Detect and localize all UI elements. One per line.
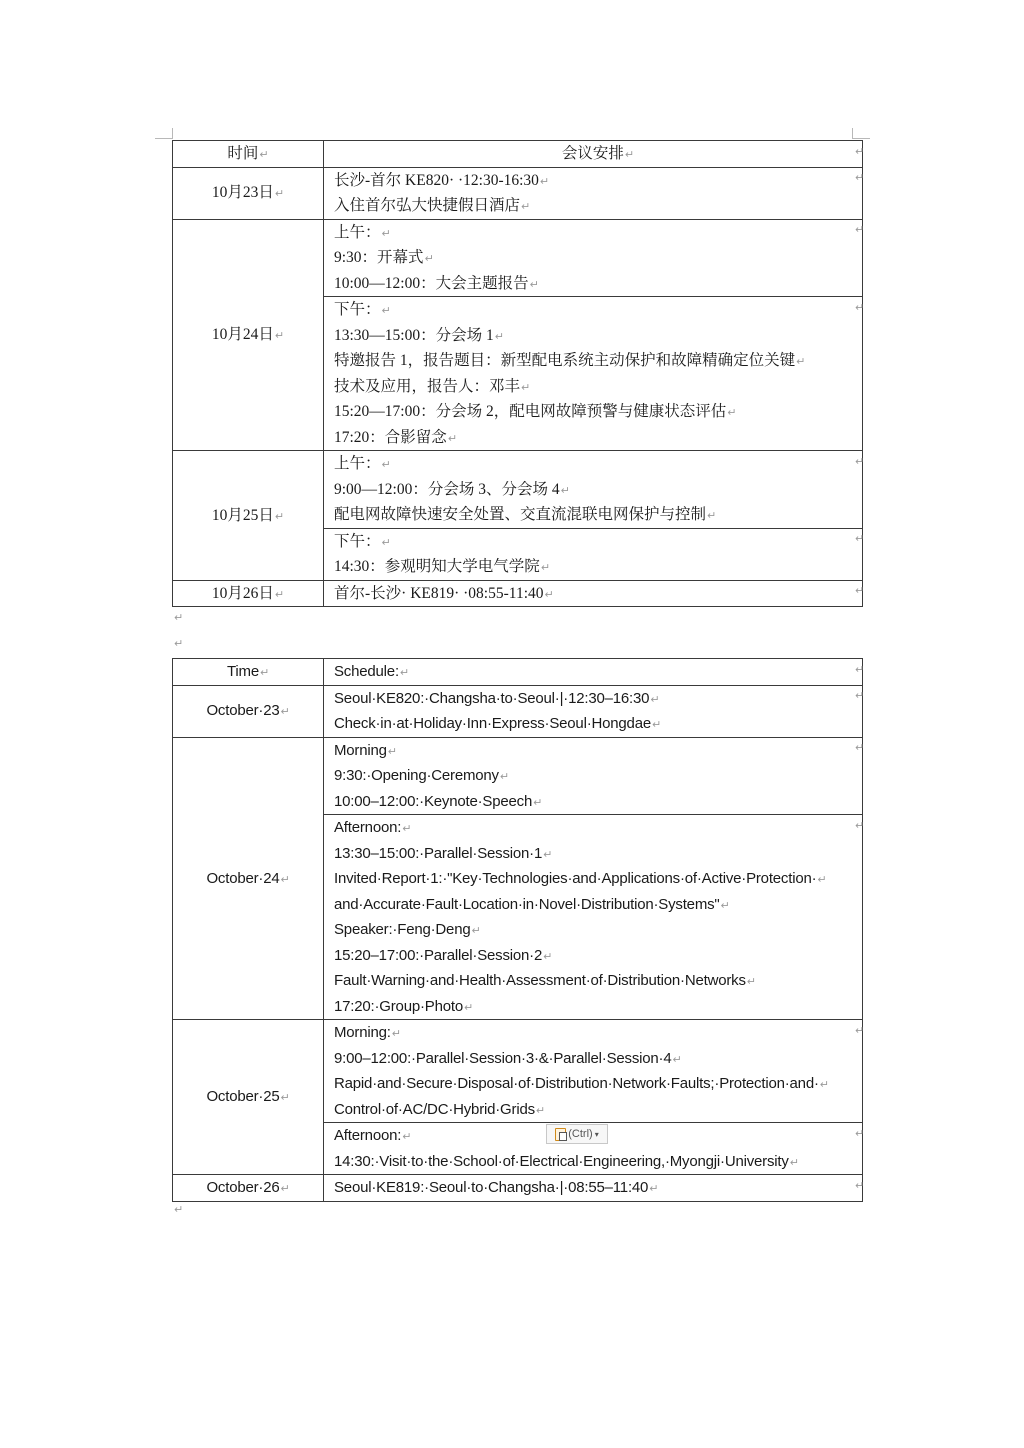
schedule-line: 10月23日↵ (173, 180, 323, 206)
paragraph-mark: ↵ (402, 1130, 411, 1143)
schedule-cell[interactable]: 下午：↵14:30：参观明知大学电气学院↵ (324, 528, 863, 580)
schedule-line-text: 下午： (334, 301, 381, 318)
schedule-line-text: October·26 (206, 1179, 279, 1196)
date-cell: 10月23日↵ (173, 167, 324, 219)
schedule-line-text: 技术及应用，报告人：邓丰 (334, 378, 520, 395)
schedule-line-text: October·23 (206, 702, 279, 719)
paragraph-mark: ↵ (425, 252, 434, 265)
schedule-line-text: 9:00–12:00:·Parallel·Session·3·&·Paralle… (334, 1050, 671, 1067)
paragraph-mark: ↵ (727, 406, 736, 419)
paragraph-mark: ↵ (521, 381, 530, 394)
schedule-line-text: Control·of·AC/DC·Hybrid·Grids (334, 1101, 535, 1118)
table-header-row: Time↵Schedule:↵ (173, 659, 863, 686)
paragraph-mark: ↵ (540, 175, 549, 188)
paragraph-mark: ↵ (281, 705, 290, 718)
schedule-line-text: 入住首尔弘大快捷假日酒店 (334, 197, 520, 214)
page-corner-mark-left (155, 138, 173, 139)
schedule-cell[interactable]: 下午：↵13:30—15:00：分会场 1↵特邀报告 1，报告题目：新型配电系统… (324, 297, 863, 451)
schedule-line: Morning:↵ (334, 1020, 862, 1046)
paragraph-mark: ↵ (275, 329, 284, 342)
schedule-line-text: 9:30：开幕式 (334, 249, 424, 266)
paragraph-mark: ↵ (649, 1182, 658, 1195)
paragraph-mark: ↵ (790, 1156, 799, 1169)
paragraph-mark: ↵ (259, 148, 268, 161)
paragraph-mark: ↵ (650, 693, 659, 706)
schedule-cell[interactable]: Morning↵9:30:·Opening·Ceremony↵10:00–12:… (324, 737, 863, 815)
schedule-line-text: 15:20–17:00:·Parallel·Session·2 (334, 947, 542, 964)
schedule-line-text: Afternoon: (334, 819, 401, 836)
paragraph-mark: ↵ (471, 924, 480, 937)
paragraph-mark: ↵ (388, 745, 397, 758)
schedule-line-text: October·25 (206, 1088, 279, 1105)
schedule-line: 9:30:·Opening·Ceremony↵ (334, 763, 862, 789)
empty-paragraph-mark: ↵ (174, 637, 183, 650)
schedule-line: 15:20–17:00:·Parallel·Session·2↵ (334, 943, 862, 969)
schedule-line-text: 10月26日 (212, 585, 274, 602)
paragraph-mark: ↵ (402, 822, 411, 835)
schedule-line-text: Speaker:·Feng·Deng (334, 921, 470, 938)
paragraph-mark: ↵ (543, 950, 552, 963)
page-corner-mark-right-v (852, 128, 853, 139)
row-end-mark: ↵ (855, 223, 864, 236)
paragraph-mark: ↵ (281, 873, 290, 886)
paragraph-mark: ↵ (464, 1001, 473, 1014)
schedule-line: 下午：↵ (334, 297, 862, 323)
row-end-mark: ↵ (855, 584, 864, 597)
schedule-line: 技术及应用，报告人：邓丰↵ (334, 374, 862, 400)
schedule-line-text: Seoul·KE820:·Changsha·to·Seoul·|·12:30–1… (334, 690, 649, 707)
empty-paragraph-mark: ↵ (174, 611, 183, 624)
date-cell: October·26↵ (173, 1175, 324, 1202)
paragraph-mark: ↵ (400, 666, 409, 679)
schedule-line: 13:30—15:00：分会场 1↵ (334, 323, 862, 349)
schedule-line: 13:30–15:00:·Parallel·Session·1↵ (334, 841, 862, 867)
schedule-cell[interactable]: 长沙-首尔 KE820· ·12:30-16:30↵入住首尔弘大快捷假日酒店↵ (324, 167, 863, 219)
paragraph-mark: ↵ (275, 588, 284, 601)
paragraph-mark: ↵ (530, 278, 539, 291)
schedule-line: and·Accurate·Fault·Location·in·Novel·Dis… (334, 892, 862, 918)
paragraph-mark: ↵ (275, 187, 284, 200)
schedule-line: October·26↵ (173, 1175, 323, 1201)
schedule-line-text: 10月24日 (212, 326, 274, 343)
schedule-line: Seoul·KE819:·Seoul·to·Changsha·|·08:55–1… (334, 1175, 862, 1201)
schedule-line: Control·of·AC/DC·Hybrid·Grids↵ (334, 1097, 862, 1123)
schedule-line-text: 上午： (334, 455, 381, 472)
paragraph-mark: ↵ (382, 304, 391, 317)
schedule-table-chinese: 时间↵会议安排↵10月23日↵长沙-首尔 KE820· ·12:30-16:30… (172, 140, 863, 607)
paragraph-mark: ↵ (707, 509, 716, 522)
paragraph-mark: ↵ (382, 227, 391, 240)
paragraph-mark: ↵ (448, 432, 457, 445)
paragraph-mark: ↵ (796, 355, 805, 368)
schedule-line-text: Afternoon: (334, 1127, 401, 1144)
schedule-cell[interactable]: 上午：↵9:00—12:00：分会场 3、分会场 4↵配电网故障快速安全处置、交… (324, 451, 863, 529)
row-end-mark: ↵ (855, 819, 864, 832)
row-end-mark: ↵ (855, 301, 864, 314)
table-header-row: 时间↵会议安排↵ (173, 141, 863, 168)
schedule-line-text: Morning (334, 742, 387, 759)
schedule-line-text: 10:00–12:00:·Keynote·Speech (334, 793, 532, 810)
schedule-line: 9:30：开幕式↵ (334, 245, 862, 271)
schedule-line-text: 时间 (227, 145, 258, 162)
schedule-line: 10:00–12:00:·Keynote·Speech↵ (334, 789, 862, 815)
schedule-line: 10月25日↵ (173, 503, 323, 529)
date-cell: October·23↵ (173, 685, 324, 737)
schedule-line-text: Seoul·KE819:·Seoul·to·Changsha·|·08:55–1… (334, 1179, 648, 1196)
paragraph-mark: ↵ (382, 536, 391, 549)
row-end-mark: ↵ (855, 689, 864, 702)
date-cell: 10月25日↵ (173, 451, 324, 581)
schedule-line-text: 17:20：合影留念 (334, 429, 447, 446)
schedule-cell[interactable]: 上午：↵9:30：开幕式↵10:00—12:00：大会主题报告↵ (324, 219, 863, 297)
schedule-line: October·25↵ (173, 1084, 323, 1110)
empty-paragraph-mark: ↵ (174, 1203, 183, 1216)
schedule-line: 入住首尔弘大快捷假日酒店↵ (334, 193, 862, 219)
schedule-line: October·23↵ (173, 698, 323, 724)
table-row: 10月25日↵上午：↵9:00—12:00：分会场 3、分会场 4↵配电网故障快… (173, 451, 863, 529)
schedule-line-text: 14:30:·Visit·to·the·School·of·Electrical… (334, 1153, 789, 1170)
schedule-line: Morning↵ (334, 738, 862, 764)
paste-options-button[interactable]: (Ctrl) ▾ (546, 1124, 608, 1144)
row-end-mark: ↵ (855, 171, 864, 184)
schedule-line: 14:30:·Visit·to·the·School·of·Electrical… (334, 1149, 862, 1175)
schedule-line: Schedule:↵ (334, 659, 862, 685)
schedule-line-text: 17:20:·Group·Photo (334, 998, 463, 1015)
schedule-line-text: Invited·Report·1:·"Key·Technologies·and·… (334, 870, 816, 887)
schedule-line-text: 9:00—12:00：分会场 3、分会场 4 (334, 481, 560, 498)
schedule-cell[interactable]: Afternoon:↵13:30–15:00:·Parallel·Session… (324, 815, 863, 1020)
schedule-line: Afternoon:↵ (334, 815, 862, 841)
paragraph-mark: ↵ (721, 899, 730, 912)
schedule-line-text: 会议安排 (562, 145, 624, 162)
schedule-line: 时间↵ (173, 141, 323, 167)
schedule-line: 10月24日↵ (173, 322, 323, 348)
paragraph-mark: ↵ (817, 873, 826, 886)
schedule-line-text: 长沙-首尔 KE820· ·12:30-16:30 (334, 172, 539, 189)
schedule-line-text: 13:30—15:00：分会场 1 (334, 327, 494, 344)
header-time-cell: 时间↵ (173, 141, 324, 168)
schedule-line: Time↵ (173, 659, 323, 685)
schedule-line-text: 13:30–15:00:·Parallel·Session·1 (334, 845, 542, 862)
schedule-line: 特邀报告 1，报告题目：新型配电系统主动保护和故障精确定位关键↵ (334, 348, 862, 374)
schedule-line: 9:00—12:00：分会场 3、分会场 4↵ (334, 477, 862, 503)
schedule-line-text: 14:30：参观明知大学电气学院 (334, 558, 540, 575)
schedule-line: 上午：↵ (334, 451, 862, 477)
schedule-line: Seoul·KE820:·Changsha·to·Seoul·|·12:30–1… (334, 686, 862, 712)
schedule-line-text: 10月25日 (212, 507, 274, 524)
table-row: October·24↵Morning↵9:30:·Opening·Ceremon… (173, 737, 863, 815)
paragraph-mark: ↵ (541, 561, 550, 574)
page-corner-mark-left-v (172, 128, 173, 139)
schedule-line-text: 特邀报告 1，报告题目：新型配电系统主动保护和故障精确定位关键 (334, 352, 795, 369)
schedule-line: 17:20:·Group·Photo↵ (334, 994, 862, 1020)
table-row: 10月23日↵长沙-首尔 KE820· ·12:30-16:30↵入住首尔弘大快… (173, 167, 863, 219)
paragraph-mark: ↵ (652, 718, 661, 731)
paragraph-mark: ↵ (820, 1078, 829, 1091)
row-end-mark: ↵ (855, 145, 864, 158)
schedule-line: 15:20—17:00：分会场 2，配电网故障预警与健康状态评估↵ (334, 399, 862, 425)
schedule-line-text: and·Accurate·Fault·Location·in·Novel·Dis… (334, 896, 720, 913)
schedule-cell[interactable]: Seoul·KE819:·Seoul·to·Changsha·|·08:55–1… (324, 1175, 863, 1202)
schedule-cell[interactable]: 首尔-长沙· KE819· ·08:55-11:40↵ (324, 580, 863, 607)
schedule-line-text: 配电网故障快速安全处置、交直流混联电网保护与控制 (334, 506, 706, 523)
schedule-line: 10月26日↵ (173, 581, 323, 607)
paragraph-mark: ↵ (625, 148, 634, 161)
row-end-mark: ↵ (855, 455, 864, 468)
schedule-line-text: 10月23日 (212, 184, 274, 201)
schedule-line-text: 15:20—17:00：分会场 2，配电网故障预警与健康状态评估 (334, 403, 726, 420)
date-cell: 10月24日↵ (173, 219, 324, 451)
schedule-line: 配电网故障快速安全处置、交直流混联电网保护与控制↵ (334, 502, 862, 528)
schedule-line-text: 下午： (334, 533, 381, 550)
paragraph-mark: ↵ (543, 848, 552, 861)
schedule-line: 10:00—12:00：大会主题报告↵ (334, 271, 862, 297)
paragraph-mark: ↵ (747, 975, 756, 988)
schedule-cell[interactable]: Seoul·KE820:·Changsha·to·Seoul·|·12:30–1… (324, 685, 863, 737)
page-corner-mark-right (852, 138, 870, 139)
schedule-line-text: 10:00—12:00：大会主题报告 (334, 275, 529, 292)
header-time-cell: Time↵ (173, 659, 324, 686)
paragraph-mark: ↵ (260, 666, 269, 679)
schedule-line: 长沙-首尔 KE820· ·12:30-16:30↵ (334, 168, 862, 194)
paragraph-mark: ↵ (545, 588, 554, 601)
schedule-line-text: October·24 (206, 870, 279, 887)
table-row: October·23↵Seoul·KE820:·Changsha·to·Seou… (173, 685, 863, 737)
schedule-line: Invited·Report·1:·"Key·Technologies·and·… (334, 866, 862, 892)
schedule-line-text: Time (227, 663, 259, 680)
paragraph-mark: ↵ (392, 1027, 401, 1040)
schedule-line-text: Morning: (334, 1024, 391, 1041)
row-end-mark: ↵ (855, 1024, 864, 1037)
schedule-line: Speaker:·Feng·Deng↵ (334, 917, 862, 943)
schedule-line: 会议安排↵ (334, 141, 862, 167)
chevron-down-icon: ▾ (595, 1130, 599, 1139)
paragraph-mark: ↵ (275, 510, 284, 523)
header-schedule-cell: 会议安排↵ (324, 141, 863, 168)
date-cell: October·25↵ (173, 1020, 324, 1175)
schedule-line-text: 上午： (334, 224, 381, 241)
schedule-line-text: 9:30:·Opening·Ceremony (334, 767, 499, 784)
schedule-line: 下午：↵ (334, 529, 862, 555)
schedule-line-text: Schedule: (334, 663, 399, 680)
schedule-line: Rapid·and·Secure·Disposal·of·Distributio… (334, 1071, 862, 1097)
header-schedule-cell: Schedule:↵ (324, 659, 863, 686)
date-cell: October·24↵ (173, 737, 324, 1020)
clipboard-icon (555, 1128, 566, 1141)
table-row: 10月24日↵上午：↵9:30：开幕式↵10:00—12:00：大会主题报告↵ (173, 219, 863, 297)
schedule-line: 首尔-长沙· KE819· ·08:55-11:40↵ (334, 581, 862, 607)
row-end-mark: ↵ (855, 532, 864, 545)
paragraph-mark: ↵ (536, 1104, 545, 1117)
schedule-line: 17:20：合影留念↵ (334, 425, 862, 451)
paragraph-mark: ↵ (382, 458, 391, 471)
schedule-line: 14:30：参观明知大学电气学院↵ (334, 554, 862, 580)
paragraph-mark: ↵ (672, 1053, 681, 1066)
paragraph-mark: ↵ (561, 484, 570, 497)
table-row: October·26↵Seoul·KE819:·Seoul·to·Changsh… (173, 1175, 863, 1202)
row-end-mark: ↵ (855, 663, 864, 676)
schedule-table-english: Time↵Schedule:↵October·23↵Seoul·KE820:·C… (172, 658, 863, 1202)
paragraph-mark: ↵ (500, 770, 509, 783)
schedule-line-text: Check·in·at·Holiday·Inn·Express·Seoul·Ho… (334, 715, 651, 732)
schedule-line-text: 首尔-长沙· KE819· ·08:55-11:40 (334, 585, 544, 602)
paragraph-mark: ↵ (281, 1182, 290, 1195)
row-end-mark: ↵ (855, 1127, 864, 1140)
paste-options-label: (Ctrl) (568, 1128, 592, 1140)
schedule-line: Check·in·at·Holiday·Inn·Express·Seoul·Ho… (334, 711, 862, 737)
schedule-line: 9:00–12:00:·Parallel·Session·3·&·Paralle… (334, 1046, 862, 1072)
paragraph-mark: ↵ (495, 330, 504, 343)
paragraph-mark: ↵ (533, 796, 542, 809)
schedule-line: Fault·Warning·and·Health·Assessment·of·D… (334, 968, 862, 994)
schedule-line-text: Fault·Warning·and·Health·Assessment·of·D… (334, 972, 746, 989)
schedule-line: October·24↵ (173, 866, 323, 892)
paragraph-mark: ↵ (521, 200, 530, 213)
schedule-cell[interactable]: Morning:↵9:00–12:00:·Parallel·Session·3·… (324, 1020, 863, 1123)
row-end-mark: ↵ (855, 1179, 864, 1192)
date-cell: 10月26日↵ (173, 580, 324, 607)
schedule-line: 上午：↵ (334, 220, 862, 246)
schedule-line-text: Rapid·and·Secure·Disposal·of·Distributio… (334, 1075, 819, 1092)
table-row: October·25↵Morning:↵9:00–12:00:·Parallel… (173, 1020, 863, 1123)
row-end-mark: ↵ (855, 741, 864, 754)
table-row: 10月26日↵首尔-长沙· KE819· ·08:55-11:40↵ (173, 580, 863, 607)
paragraph-mark: ↵ (281, 1091, 290, 1104)
